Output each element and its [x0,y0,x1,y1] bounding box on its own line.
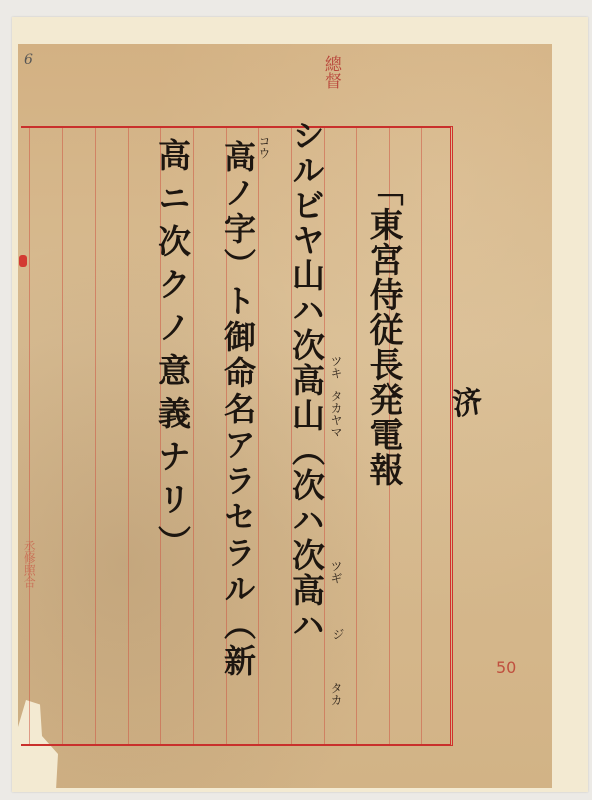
column-rule [193,128,194,744]
furigana: ツキ [330,355,342,379]
column-rule [62,128,63,744]
text-column-4: 高ニ次クノ意義ナリ） [156,138,189,568]
red-header-annotation: 總督 [321,55,339,89]
pencil-folio-number: 6 [24,52,33,68]
column-rule [356,128,357,744]
column-rule [95,128,96,744]
furigana: タカヤマ [330,390,342,438]
red-seal-mark [19,255,27,267]
red-page-number: 50 [496,658,516,677]
signature-mark: 济 [449,376,485,424]
furigana: ツギ [330,560,342,584]
furigana: タカ [330,682,342,706]
furigana: ジ [332,628,344,640]
column-rule [421,128,422,744]
left-margin-stamp: 丞修照合 [19,540,38,588]
text-column-1: 「東宮侍従長発電報 [366,172,400,487]
text-column-2: シルビヤ山ハ次高山（次ハ次高ハ [290,118,323,643]
column-rule [128,128,129,744]
column-rule [258,128,259,744]
furigana: コウ [258,135,270,159]
text-column-3: 高ノ字）ト御命名アラセラル（新 [222,140,254,680]
column-rule [29,128,30,744]
